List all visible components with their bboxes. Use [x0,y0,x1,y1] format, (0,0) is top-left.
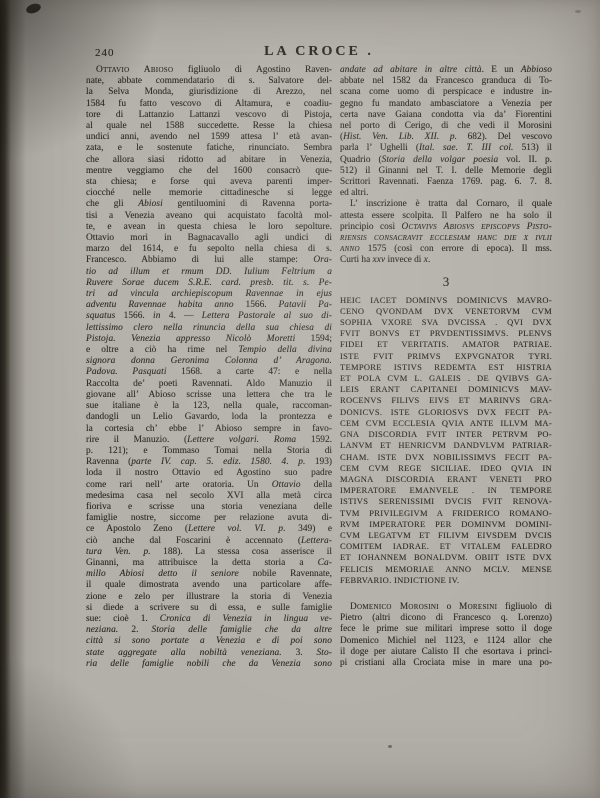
text-line: neziana. 2. Storia delle famiglie che da… [86,625,332,636]
text-line: famiglie nostre, siccome per relazione a… [86,513,332,524]
paragraph-inscription-note: L’ inscrizione è tratta dal Cornaro, il … [340,199,552,266]
text-line: certa nave Gaiana condotta via da’ Fiore… [340,110,552,121]
text-line: LANVM ET HENRICVM DANDVLVM PATRIAR- [340,440,552,451]
text-line: ed altri. [340,188,552,199]
text-line: CENO QVONDAM DVX VENETORVM CVM [340,306,552,317]
text-line: rire il Manuzio. (Lettere volgari. Roma … [86,435,332,446]
text-line: Pietro (altri dicono di Francesco q. Lor… [340,613,552,624]
text-line: Raccolta de’ poeti Ravennati. Aldo Manuz… [86,379,332,390]
text-line: tri ad vincula archiepiscopum Ravennae i… [86,289,332,300]
text-line: marzo del 1614, e fu sepolto nella chies… [86,244,332,255]
text-line: TVM PRIVILEGIVM A FRIDERICO ROMANO- [340,508,552,519]
text-line: Ottavio Abioso figliuolo di Agostino Rav… [86,65,332,76]
text-line: dandogli un Lelio Gavardo, loda la pront… [86,412,332,423]
text-line: Ginanni, ma attribuisce la detta storia … [86,558,332,569]
gutter-shadow [0,0,26,798]
text-line: ET POLA CVM L. GALEIS . DE QVIBVS GA- [340,373,552,384]
text-line: Scrittori Ravennati. Faenza 1769. pag. 6… [340,177,552,188]
text-line: che gli Abiosi gentiluomini di Ravenna p… [86,199,332,210]
paragraph-morosini: Domenico Morosini o Moresini figliuolo d… [340,602,552,669]
text-line: state aggregate alla nobiltà veneziana. … [86,648,332,659]
book-page-scan: 240 LA CROCE . Ottavio Abioso figliuolo … [0,0,600,798]
text-line: p. 121); e Tommaso Tomai nella Storia di [86,446,332,457]
text-line: FVIT BONVS ET PRVDENTISSIMVS. PLENVS [340,328,552,339]
text-line: la cortesia ch’ ebbe l’ Abioso sempre in… [86,424,332,435]
text-line: (Hist. Ven. Lib. XII. p. 682). Del vesco… [340,132,552,143]
text-line: loda il nostro Ottavio ed Agostino suo p… [86,468,332,479]
running-title: LA CROCE . [86,44,552,60]
text-line: e oltre a ciò ha rime nel Tempio della d… [86,345,332,356]
text-line: Ruvere Sorae ducem S.R.E. card. presb. t… [86,278,332,289]
text-line: principio così Octavivs Abiosvs episcopv… [340,222,552,233]
text-line: MAGNA DISCORDIA ERANT VENETI PRO [340,474,552,485]
text-line: anno 1575 (così con errore di epoca). Il… [340,244,552,255]
text-line: città si sono portate a Venezia e di poi… [86,636,332,647]
text-line: ISTIVS SERENISSIMI DVCIS FVIT RENOVA- [340,496,552,507]
text-line: zione e zelo per illustrare la storia di… [86,592,332,603]
scan-speck [388,745,392,748]
paragraph-continuation: andate ad abitare in altre città. E un A… [340,65,552,199]
text-line: nate, abbate commendatario di s. Salvato… [86,76,332,87]
text-line: lettissimo clero nella rinuncia della su… [86,323,332,334]
right-column: andate ad abitare in altre città. E un A… [340,65,552,669]
text-line: FEBRVARIO. INDICTIONE IV. [340,575,552,586]
text-line: CVM LEGATVM ET FILIVM EIVSDEM DVCIS [340,530,552,541]
text-line: mentre veggiamo che del 1600 consacrò qu… [86,166,332,177]
latin-inscription: HEIC IACET DOMINVS DOMINICVS MAVRO-CENO … [340,295,552,586]
text-line: Domenico Michiel nel 1123, e 1124 allor … [340,636,552,647]
text-line: sue italiane è la 123, nella quale, racc… [86,401,332,412]
text-line: nel porto di Cerigo, di che vedi il Moro… [340,121,552,132]
text-line: ISTE FVIT PRIMVS EXPVGNATOR TYRI. [340,351,552,362]
text-line: ciò anche dal Foscarini è accennato (Let… [86,536,332,547]
text-line: GNA DISCORDIA FVIT INTER PETRVM PO- [340,429,552,440]
text-line: Curti ha xxv invece di x. [340,255,552,266]
text-line: Francesco. Abbiamo di lui alle stampe: O… [86,255,332,266]
text-line: andate ad abitare in altre città. E un A… [340,65,552,76]
ink-blot-artifact [25,2,42,15]
text-line: abbate nel 1582 da Francesco granduca di… [340,76,552,87]
text-line: 512) il Ginanni nel T. I. delle Memorie … [340,166,552,177]
text-line: 1584 fu fatto vescovo di Altamura, e coa… [86,99,332,110]
text-line: SOPHIA VXORE SVA DVCISSA . QVI DVX [340,317,552,328]
text-line: CHAM. ISTE DVX NOBILISSIMVS FECIT PA- [340,452,552,463]
scan-speck [575,10,581,13]
text-line: zata, e le sostenute fatiche, rinunciato… [86,143,332,154]
text-line: signora donna Geronima Colonna d’ Aragon… [86,356,332,367]
text-line: riensis consacravit ecclesiam hanc die x… [340,233,552,244]
text-line: FELICIS MEMORIAE ANNO MCLV. MENSE [340,564,552,575]
text-line: si diede a scrivere su di essa, e sulle … [86,603,332,614]
section-number: 3 [340,274,552,290]
text-line: CEM CVM ECCLESIA QVIA ANTE ILLVM MA- [340,418,552,429]
text-line: FIDEI ET VERITATIS. AMATOR PATRIAE. [340,339,552,350]
text-line: attesta essere scolpita. Il Palfero ne h… [340,211,552,222]
text-line: ce Apostolo Zeno (Lettere vol. VI. p. 34… [86,524,332,535]
text-line: al quale nel 1588 succedette. Resse la c… [86,121,332,132]
text-line: come rari nell’ arte oratoria. Un Ottavi… [86,480,332,491]
text-line: CEM CVM REGE SICILIAE. IDEO QVIA IN [340,463,552,474]
left-column: Ottavio Abioso figliuolo di Agostino Rav… [86,65,332,670]
text-line: LEIS ERANT CAPITANEI DOMINICVS MAV- [340,384,552,395]
text-line: millo Abiosi detto il seniore nobile Rav… [86,569,332,580]
text-line: Ottavio morì in Bagnacavallo agli undici… [86,233,332,244]
text-line: pi cristiani alla Crociata mise in mare … [340,658,552,669]
text-line: che allora siasi ridotto ad abitare in V… [86,155,332,166]
text-line: tore di Lattanzio Lattanzi vescovo di Pi… [86,110,332,121]
text-line: ROCENVS FILIVS EIVS ET MARINVS GRA- [340,395,552,406]
text-line: parla l’ Ughelli (Ital. sae. T. III col.… [340,143,552,154]
text-line: giovane all’ Abioso scrisse una lettera … [86,390,332,401]
text-line: sta chiesa; e forse qui aveva parenti im… [86,177,332,188]
text-line: squatus 1566. in 4. — Lettera Pastorale … [86,311,332,322]
text-line: HEIC IACET DOMINVS DOMINICVS MAVRO- [340,295,552,306]
text-line: il doge per aiutare Calisto II che esort… [340,647,552,658]
text-line: gegno fu mandato ambasciatore a Venezia … [340,99,552,110]
text-line: scana come uomo di perspicace e industre… [340,87,552,98]
text-line: RVM IMPERATORE PER DOMINVM DOMINI- [340,519,552,530]
text-line: sue: cioè 1. Cronica di Venezia in lingu… [86,614,332,625]
text-line: fece le prime sue militari imprese sotto… [340,624,552,635]
text-line: ria delle famiglie nobili che da Venezia… [86,659,332,670]
text-line: ciocché nelle memorie cittadinesche si l… [86,188,332,199]
text-line: il quale dimostrata avendo una particola… [86,580,332,591]
text-line: medesima casa nel secolo XVI alla metà c… [86,491,332,502]
text-line: L’ inscrizione è tratta dal Cornaro, il … [340,199,552,210]
text-line: DONICVS. ISTE GLORIOSVS DVX FECIT PA- [340,407,552,418]
text-line: tisi a Venezia aveano qui acquistato fac… [86,211,332,222]
text-line: undici anni, avendo nel 1599 attesa l’ e… [86,132,332,143]
text-line: ET IOHANNEM BONALDVM. OBIIT ISTE DVX [340,552,552,563]
text-line: tio ad illum et rmum DD. Iulium Feltrium… [86,267,332,278]
text-line: adventu Ravennae habita anno 1566. Patav… [86,300,332,311]
text-line: Ravenna (parte IV. cap. 5. ediz. 1580. 4… [86,457,332,468]
text-line: Padova. Pasquati 1568. a carte 47: e nel… [86,367,332,378]
text-line: Domenico Morosini o Moresini figliuolo d… [340,602,552,613]
text-line: la Selva Monda, giurisdizione di Arezzo,… [86,87,332,98]
text-line: Pistoja. Venezia appresso Nicolò Moretti… [86,334,332,345]
text-line: Quadrio (Storia della volgar poesia vol.… [340,155,552,166]
text-line: IMPERATORE EMANVELE . IN TEMPORE [340,485,552,496]
text-line: fioriva e scrisse una storia veneziana d… [86,502,332,513]
text-line: COMITEM IADRAE. ET VITALEM FALEDRO [340,541,552,552]
text-line: tura Ven. p. 188). La stessa cosa asseri… [86,547,332,558]
text-line: te, e avean in questa chiesa le loro sep… [86,222,332,233]
text-line: TEMPORE ISTIVS REDEMTA EST HISTRIA [340,362,552,373]
